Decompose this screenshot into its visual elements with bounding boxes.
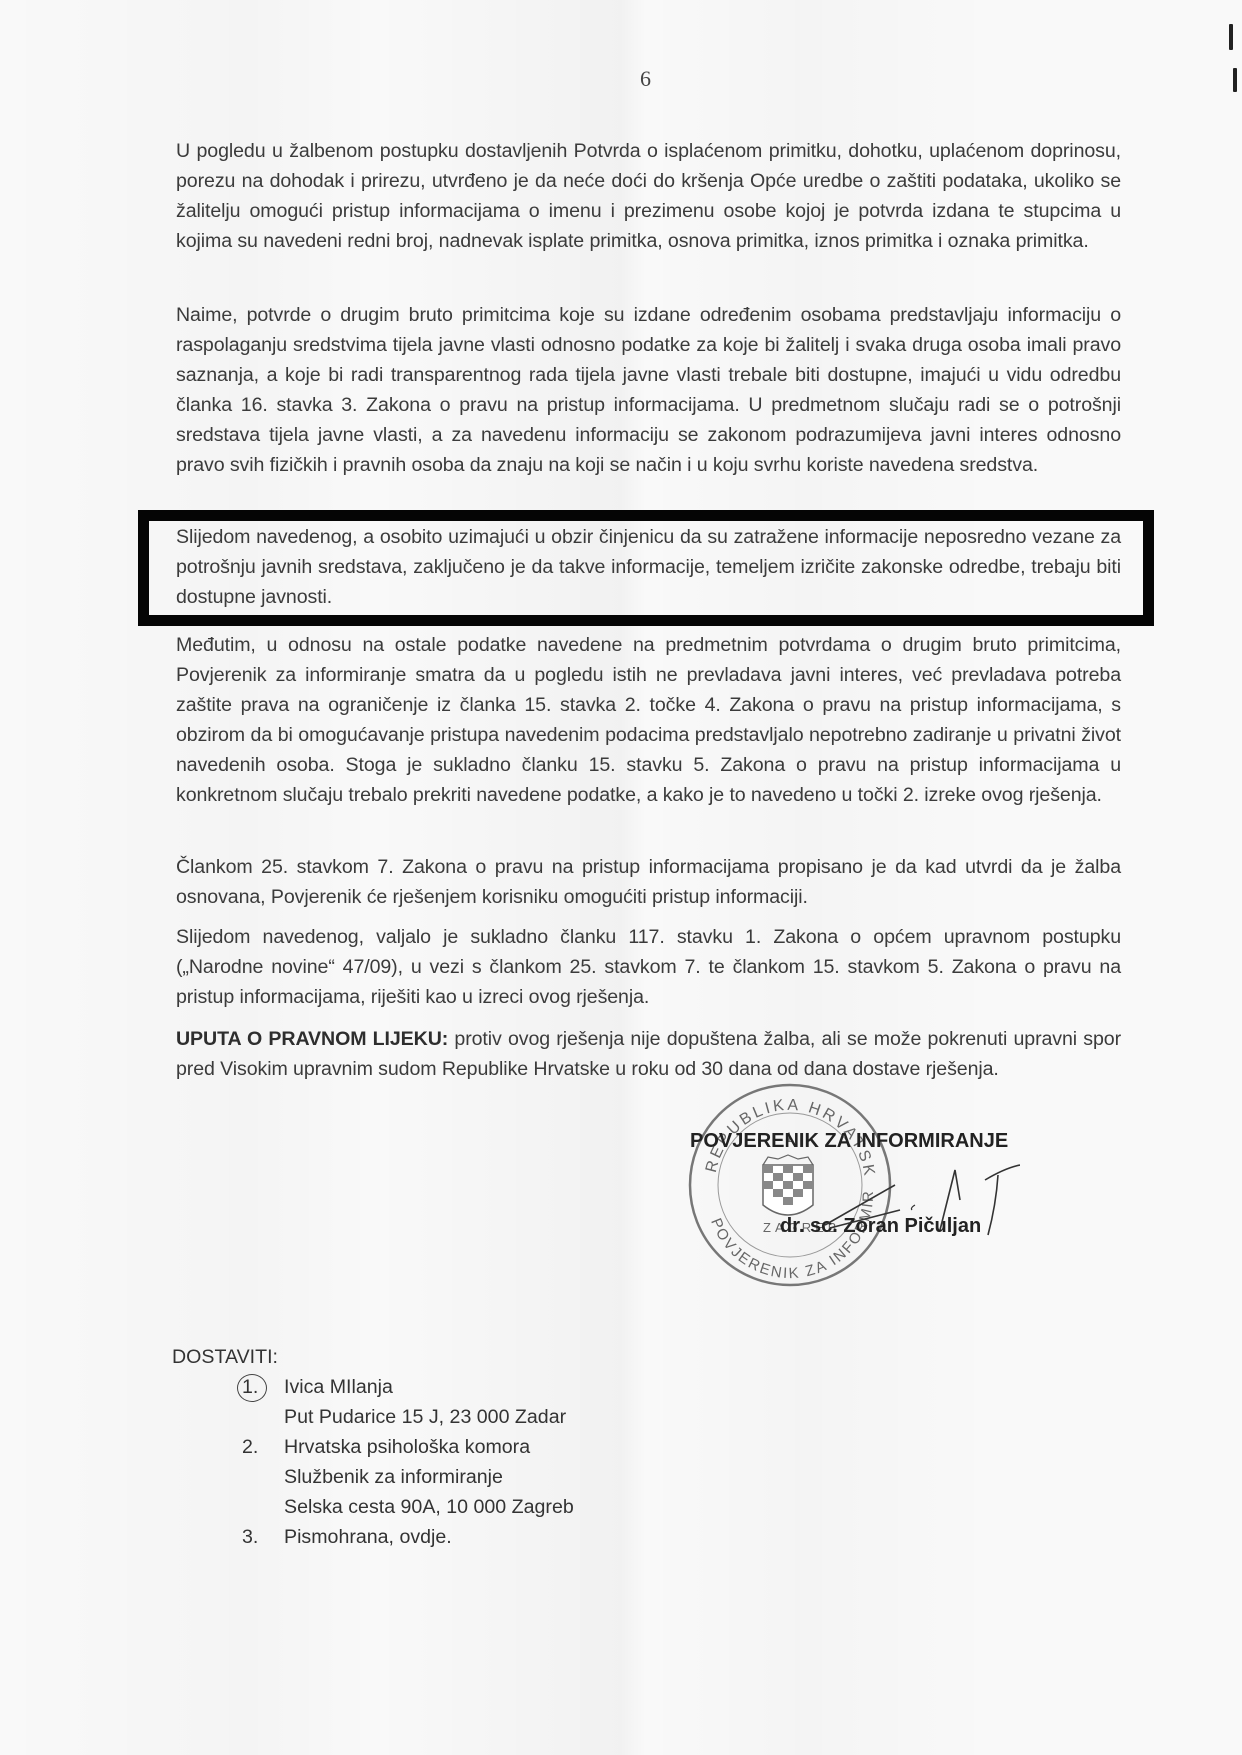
handwritten-signature-icon	[820, 1150, 1020, 1240]
paragraph-conclusion-highlighted: Slijedom navedenog, a osobito uzimajući …	[176, 522, 1121, 612]
page-number: 6	[640, 66, 651, 92]
delivery-item-number: 3.	[242, 1522, 258, 1552]
document-page: 6 U pogledu u žalbenom postupku dostavlj…	[0, 0, 1242, 1755]
recipient-name: Hrvatska psihološka komora	[284, 1432, 574, 1462]
recipient-department: Službenik za informiranje	[284, 1462, 574, 1492]
staple-mark	[1229, 24, 1233, 50]
paragraph-privacy-restriction: Međutim, u odnosu na ostale podatke nave…	[176, 630, 1121, 810]
delivery-item-number: 2.	[242, 1432, 258, 1462]
delivery-section: DOSTAVITI: 1. Ivica MIlanja Put Pudarice…	[172, 1342, 574, 1552]
delivery-item: 3. Pismohrana, ovdje.	[172, 1522, 574, 1552]
recipient-address: Put Pudarice 15 J, 23 000 Zadar	[284, 1402, 574, 1432]
delivery-item-number: 1.	[242, 1372, 258, 1402]
recipient-name: Ivica MIlanja	[284, 1372, 574, 1402]
legal-remedy-heading: UPUTA O PRAVNOM LIJEKU:	[176, 1028, 448, 1050]
paragraph-public-funds: Naime, potvrde o drugim bruto primitcima…	[176, 300, 1121, 480]
staple-mark	[1233, 68, 1237, 92]
recipient-name: Pismohrana, ovdje.	[284, 1522, 574, 1552]
paragraph-article-25: Člankom 25. stavkom 7. Zakona o pravu na…	[176, 852, 1121, 912]
legal-remedy-paragraph: UPUTA O PRAVNOM LIJEKU: protiv ovog rješ…	[176, 1024, 1121, 1084]
delivery-list: 1. Ivica MIlanja Put Pudarice 15 J, 23 0…	[172, 1372, 574, 1552]
recipient-address: Selska cesta 90A, 10 000 Zagreb	[284, 1492, 574, 1522]
paragraph-gdpr-assessment: U pogledu u žalbenom postupku dostavljen…	[176, 136, 1121, 256]
delivery-label: DOSTAVITI:	[172, 1342, 574, 1372]
delivery-item: 1. Ivica MIlanja Put Pudarice 15 J, 23 0…	[172, 1372, 574, 1432]
paragraph-resolution: Slijedom navedenog, valjalo je sukladno …	[176, 922, 1121, 1012]
delivery-item: 2. Hrvatska psihološka komora Službenik …	[172, 1432, 574, 1522]
